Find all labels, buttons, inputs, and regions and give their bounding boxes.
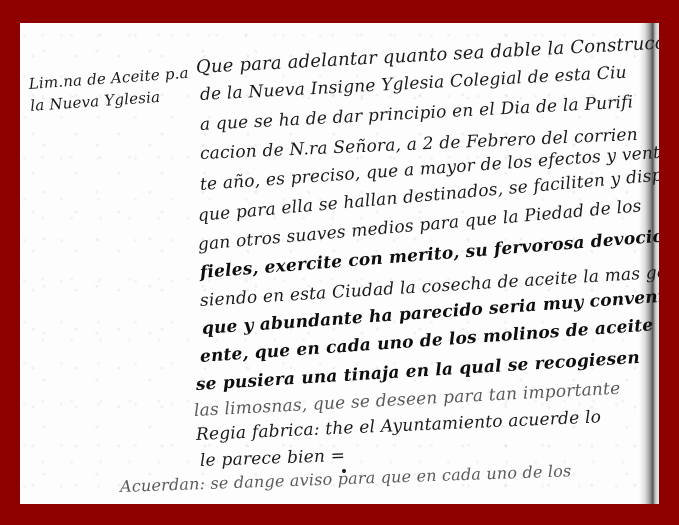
closing-line: Acuerdan: se dange aviso para que en cad…: [120, 461, 572, 496]
manuscript-body: Que para adelantar quanto sea dable la C…: [20, 23, 659, 504]
manuscript-page: Lim.na de Aceite p.a la Nueva Yglesia Qu…: [20, 23, 659, 504]
body-line: le parece bien =: [200, 446, 346, 471]
